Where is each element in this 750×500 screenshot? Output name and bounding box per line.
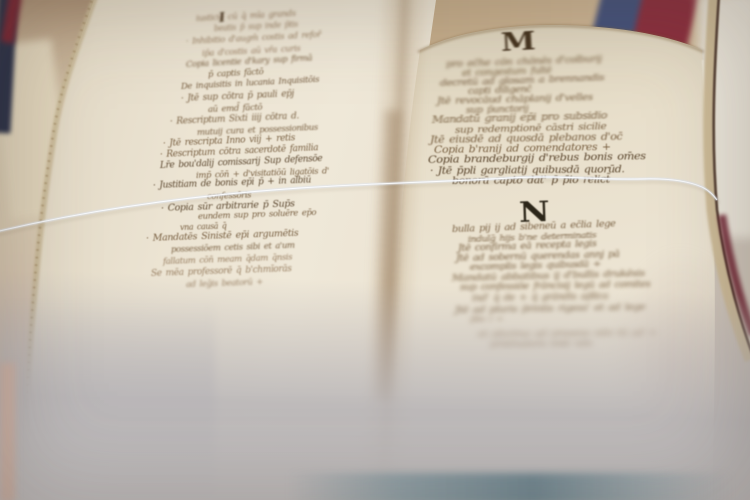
defocus-haze-bottom bbox=[0, 0, 750, 500]
teal-smudge-bottom bbox=[288, 473, 733, 500]
photo-open-manuscript-book: iusticia cū q̄ mīa grandsbeatis p̄ sup i… bbox=[0, 0, 750, 500]
pink-edge-bottom-left bbox=[0, 363, 15, 500]
